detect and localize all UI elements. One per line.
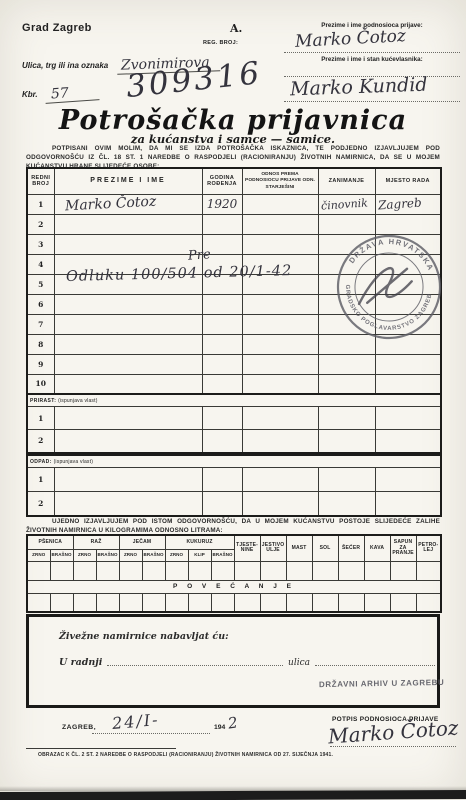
landlord-line-2: [284, 101, 460, 102]
supplies-empty-row: [27, 593, 441, 612]
col-jestivo-ulje: JESTIVO ULJE: [260, 535, 286, 561]
supplies-group-header-row: PŠENICA RAŽ JEČAM KUKURUZ TJESTE-NINE JE…: [27, 535, 441, 549]
shop-street-line: [315, 665, 435, 666]
shop-label: U radnji: [59, 657, 102, 668]
col-header-zanimanje: ZANIMANJE: [318, 168, 375, 194]
purchase-intro: Živežne namirnice nabavljat ću:: [59, 631, 229, 642]
person-1-workplace: Zagreb: [377, 195, 422, 212]
group-psenica: PŠENICA: [27, 535, 73, 549]
col-kava: KAVA: [364, 535, 390, 561]
person-1-year: 1920: [207, 197, 238, 211]
odpad-row: 1: [27, 468, 441, 492]
group-kukuruz: KUKURUZ: [165, 535, 234, 549]
archive-stamp: DRŽAVNI ARHIV U ZAGREBU: [319, 678, 444, 689]
year-handwritten: 2: [227, 713, 239, 732]
povecanje-band-row: P O V E Ć A N J E: [27, 580, 441, 593]
col-mast: MAST: [286, 535, 312, 561]
city-name: Grad Zagreb: [22, 22, 92, 34]
shop-line: [107, 665, 283, 666]
person-row: 1 Marko Čotoz 1920 činovnik Zagreb: [27, 194, 441, 214]
col-header-prezime-ime: PREZIME I IME: [54, 168, 202, 194]
supplies-empty-row: [27, 561, 441, 580]
landlord-name-label: Prezime i ime i stan kućevlasnika:: [284, 56, 460, 63]
declaration-paragraph: UJEDNO IZJAVLJUJEM POD ISTOM ODGOVORNOŠĆ…: [26, 517, 440, 535]
footer-city-label: ZAGREB,: [62, 724, 96, 731]
year-printed: 194: [214, 724, 225, 731]
odpad-label: ODPAD:: [30, 459, 52, 465]
col-secer: ŠEĆER: [338, 535, 364, 561]
col-header-odnos: ODNOS PREMA PODNOSIOCU PRIJAVE ODN. STAR…: [242, 168, 318, 194]
date-handwritten: 24/I-: [111, 710, 160, 733]
povecanje-band: P O V E Ć A N J E: [27, 580, 441, 593]
col-tjestenine: TJESTE-NINE: [234, 535, 260, 561]
col-header-mjesto-rada: MJESTO RADA: [375, 168, 441, 194]
col-petrolej: PETRO-LEJ: [416, 535, 441, 561]
prirast-section-label-row: PRIRAST: (ispunjava vlast): [27, 394, 441, 407]
col-sapun: SAPUN ZA PRANJE: [390, 535, 416, 561]
person-1-name: Marko Čotoz: [64, 194, 156, 215]
stamp-signature-flourish: [359, 264, 413, 309]
reg-number-label: REG. BROJ:: [203, 40, 238, 46]
group-jecam: JEČAM: [119, 535, 165, 549]
group-raz: RAŽ: [73, 535, 119, 549]
form-note-rule: [26, 748, 176, 749]
scanned-form-page: Grad Zagreb A. REG. BROJ: Prezime i ime …: [0, 0, 466, 800]
house-number-handwritten: 57: [44, 83, 99, 104]
purchase-box: Živežne namirnice nabavljat ću: U radnji…: [26, 614, 440, 708]
odpad-note: (ispunjava vlast): [54, 459, 94, 465]
applicant-name-line: [284, 52, 460, 53]
household-table-header-row: REDNI BROJ PREZIME I IME GODINA ROĐENJA …: [27, 168, 441, 194]
odpad-row: 2: [27, 492, 441, 516]
handwritten-note-line1: Pre: [188, 247, 212, 264]
col-header-redni-broj: REDNI BROJ: [27, 168, 54, 194]
person-1-occupation: činovnik: [320, 196, 368, 212]
supplies-table: PŠENICA RAŽ JEČAM KUKURUZ TJESTE-NINE JE…: [26, 534, 442, 613]
round-official-stamp: DRŽAVA HRVATSKA GRADSKO POGLAVARSTVO ZAG…: [327, 225, 450, 348]
odpad-table: ODPAD: (ispunjava vlast) 1 2: [26, 454, 442, 517]
prirast-row: 1: [27, 407, 441, 430]
prirast-note: (ispunjava vlast): [58, 398, 98, 404]
house-number-label: Kbr.: [22, 90, 38, 99]
applicant-name-handwritten: Marko Čotoz: [295, 26, 407, 52]
scan-edge-bottom: [0, 790, 466, 800]
prirast-label: PRIRAST:: [30, 398, 56, 404]
shop-street-label: ulica: [288, 658, 310, 668]
date-line: [92, 733, 210, 734]
col-sol: SOL: [312, 535, 338, 561]
col-header-godina: GODINA ROĐENJA: [202, 168, 242, 194]
street-label: Ulica, trg ili ina oznaka: [22, 61, 108, 70]
prirast-row: 2: [27, 430, 441, 453]
section-letter: A.: [230, 22, 242, 35]
person-row: 10: [27, 374, 441, 394]
odpad-section-label-row: ODPAD: (ispunjava vlast): [27, 455, 441, 468]
form-note: OBRAZAC K ČL. 2 ST. 2 NAREDBE O RASPODJE…: [38, 752, 438, 758]
person-row: 9: [27, 354, 441, 374]
landlord-name-handwritten: Marko Kundid: [290, 74, 428, 101]
